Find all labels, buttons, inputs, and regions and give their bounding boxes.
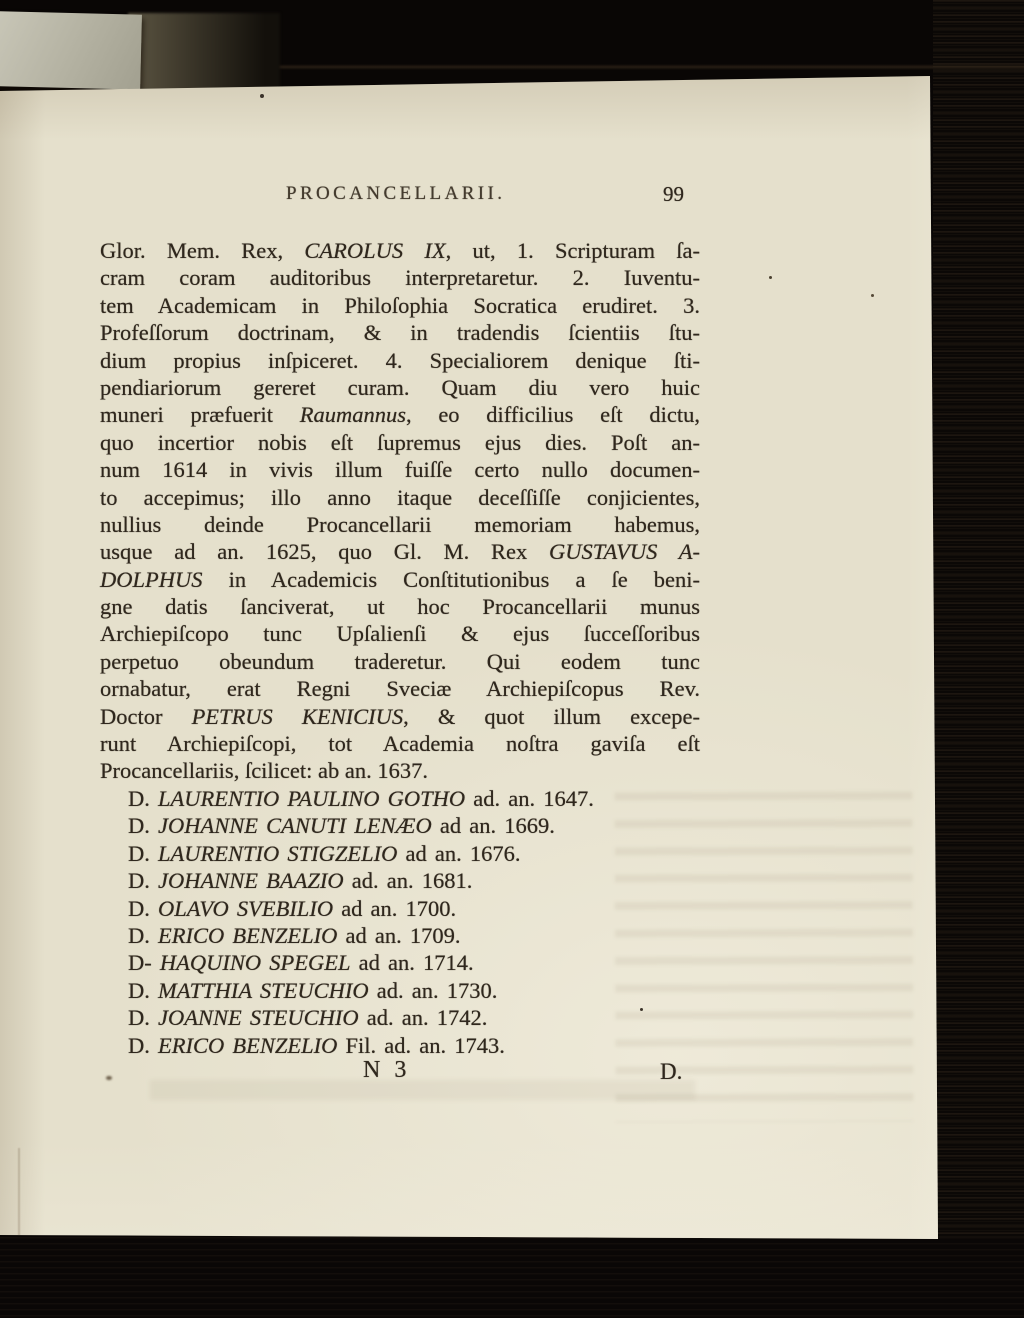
paragraph-line: quo incertior nobis eſt ſupremus ejus di… (100, 429, 700, 456)
body-text: ad an. 1709. (337, 923, 460, 948)
running-header: PROCANCELLARII. 99 (100, 180, 700, 212)
paragraph-line: pendiariorum gereret curam. Quam diu ver… (100, 374, 700, 401)
body-text: Glor. Mem. Rex, (100, 238, 304, 263)
body-text: tem Academicam in Philoſophia Socratica … (100, 293, 700, 318)
body-text: , ut, 1. Scripturam ſa- (446, 238, 700, 263)
paragraph-line: Procancellariis, ſcilicet: ab an. 1637. (100, 757, 700, 784)
bookmark-tab (0, 11, 142, 90)
name-list-line: D. OLAVO SVEBILIO ad an. 1700. (100, 895, 700, 922)
body-text: D. (128, 923, 158, 948)
body-text: in Academicis Conſtitutionibus a ſe beni… (203, 567, 700, 592)
body-text: D. (128, 868, 158, 893)
body-text: ad an. 1714. (350, 950, 473, 975)
paragraph-line: nullius deinde Procancellarii memoriam h… (100, 511, 700, 538)
body-text: D. (128, 896, 158, 921)
body-text: Doctor (100, 704, 192, 729)
name-list-line: D. ERICO BENZELIO ad an. 1709. (100, 922, 700, 949)
italic-proper-name: JOANNE STEUCHIO (158, 1005, 359, 1030)
running-header-title: PROCANCELLARII. (286, 183, 505, 205)
body-text: usque ad an. 1625, quo Gl. M. Rex (100, 539, 549, 564)
body-text: Procancellariis, ſcilicet: ab an. 1637. (100, 758, 428, 783)
body-text: D. (128, 813, 158, 838)
body-text: ad an. 1700. (333, 896, 456, 921)
body-text: ad an. 1676. (397, 841, 520, 866)
paragraph-line: Doctor PETRUS KENICIUS, & quot illum exc… (100, 703, 700, 730)
body-text: ad. an. 1730. (369, 978, 498, 1003)
book-page: PROCANCELLARII. 99 Glor. Mem. Rex, CAROL… (0, 0, 1024, 1318)
paragraph-line: runt Archiepiſcopi, tot Academia noſtra … (100, 730, 700, 757)
page-footer: N 3 D. (100, 1057, 700, 1091)
italic-proper-name: JOHANNE BAAZIO (158, 868, 344, 893)
name-list-line: D. JOHANNE CANUTI LENÆO ad an. 1669. (100, 812, 700, 839)
body-text: , eo difficilius eſt dictu, (406, 402, 700, 427)
italic-proper-name: MATTHIA STEUCHIO (158, 978, 369, 1003)
italic-proper-name: LAURENTIO STIGZELIO (158, 841, 397, 866)
name-list-line: D. LAURENTIO PAULINO GOTHO ad. an. 1647. (100, 785, 700, 812)
name-list-line: D. MATTHIA STEUCHIO ad. an. 1730. (100, 977, 700, 1004)
page-number: 99 (663, 182, 684, 207)
paragraph-line: to accepimus; illo anno itaque deceſſiſſ… (100, 484, 700, 511)
name-list-line: D. JOHANNE BAAZIO ad. an. 1681. (100, 867, 700, 894)
name-list-line: D. LAURENTIO STIGZELIO ad an. 1676. (100, 840, 700, 867)
name-list-line: D. ERICO BENZELIO Fil. ad. an. 1743. (100, 1032, 700, 1059)
body-text: D. (128, 1033, 158, 1058)
body-text: D. (128, 978, 158, 1003)
body-text: Archiepiſcopo tunc Upſalienſi & ejus ſuc… (100, 621, 700, 646)
body-text: ornabatur, erat Regni Sveciæ Archiepiſco… (100, 676, 700, 701)
paragraph-line: usque ad an. 1625, quo Gl. M. Rex GUSTAV… (100, 538, 700, 565)
italic-proper-name: OLAVO SVEBILIO (158, 896, 333, 921)
paper-speck (871, 294, 874, 297)
body-text: muneri præfuerit (100, 402, 300, 427)
body-text: gne datis ſanciverat, ut hoc Procancella… (100, 594, 700, 619)
body-text: ad an. 1669. (432, 813, 555, 838)
paragraph-line: perpetuo obeundum traderetur. Qui eodem … (100, 648, 700, 675)
italic-proper-name: ERICO BENZELIO (158, 923, 337, 948)
body-text: pendiariorum gereret curam. Quam diu ver… (100, 375, 700, 400)
paragraph-line: DOLPHUS in Academicis Conſtitutionibus a… (100, 566, 700, 593)
body-text: ad. an. 1742. (359, 1005, 488, 1030)
body-text: num 1614 in vivis illum fuiſſe certo nul… (100, 457, 700, 482)
italic-proper-name: PETRUS KENICIUS (192, 704, 404, 729)
paper-speck (260, 94, 264, 98)
paragraph-line: Glor. Mem. Rex, CAROLUS IX, ut, 1. Scrip… (100, 237, 700, 264)
body-text: D. (128, 786, 158, 811)
body-text: runt Archiepiſcopi, tot Academia noſtra … (100, 731, 700, 756)
signature-mark: N 3 (363, 1057, 410, 1084)
procancellarii-name-list: D. LAURENTIO PAULINO GOTHO ad. an. 1647.… (100, 785, 700, 1059)
paper-speck (769, 276, 772, 279)
paragraph-line: Profeſſorum doctrinam, & in tradendis ſc… (100, 319, 700, 346)
book-cover-bottom-edge (0, 1237, 1024, 1318)
body-text: D- (128, 950, 160, 975)
body-text: ad. an. 1647. (465, 786, 594, 811)
body-text: to accepimus; illo anno itaque deceſſiſſ… (100, 485, 700, 510)
paragraph-line: cram coram auditoribus interpretaretur. … (100, 264, 700, 291)
body-text: , & quot illum excepe- (403, 704, 700, 729)
paragraph-line: ornabatur, erat Regni Sveciæ Archiepiſco… (100, 675, 700, 702)
paragraph-line: dium propius inſpiceret. 4. Specialiorem… (100, 347, 700, 374)
name-list-line: D. JOANNE STEUCHIO ad. an. 1742. (100, 1004, 700, 1031)
name-list-line: D- HAQUINO SPEGEL ad an. 1714. (100, 949, 700, 976)
body-text: cram coram auditoribus interpretaretur. … (100, 265, 700, 290)
paragraph-line: gne datis ſanciverat, ut hoc Procancella… (100, 593, 700, 620)
book-scan-viewport: PROCANCELLARII. 99 Glor. Mem. Rex, CAROL… (0, 0, 1024, 1318)
italic-proper-name: JOHANNE CANUTI LENÆO (158, 813, 432, 838)
body-text: Profeſſorum doctrinam, & in tradendis ſc… (100, 320, 700, 345)
italic-proper-name: ERICO BENZELIO (158, 1033, 337, 1058)
book-cover-right-edge (933, 0, 1024, 1318)
italic-proper-name: HAQUINO SPEGEL (160, 950, 351, 975)
paragraph-line: Archiepiſcopo tunc Upſalienſi & ejus ſuc… (100, 620, 700, 647)
body-text: D. (128, 841, 158, 866)
italic-proper-name: Raumannus (300, 402, 406, 427)
italic-proper-name: CAROLUS IX (304, 238, 445, 263)
italic-proper-name: DOLPHUS (100, 567, 203, 592)
page-crease (18, 1148, 20, 1237)
body-text: nullius deinde Procancellarii memoriam h… (100, 512, 700, 537)
italic-proper-name: GUSTAVUS A- (549, 539, 700, 564)
paragraph-line: muneri præfuerit Raumannus, eo difficili… (100, 401, 700, 428)
body-paragraph: Glor. Mem. Rex, CAROLUS IX, ut, 1. Scrip… (100, 237, 700, 785)
italic-proper-name: LAURENTIO PAULINO GOTHO (158, 786, 465, 811)
paragraph-line: tem Academicam in Philoſophia Socratica … (100, 292, 700, 319)
bookmark-tab-shadow (128, 13, 280, 90)
body-text: quo incertior nobis eſt ſupremus ejus di… (100, 430, 700, 455)
body-text: Fil. ad. an. 1743. (337, 1033, 505, 1058)
body-text: ad. an. 1681. (344, 868, 473, 893)
body-text: perpetuo obeundum traderetur. Qui eodem … (100, 649, 700, 674)
catchword: D. (660, 1059, 682, 1085)
body-text: D. (128, 1005, 158, 1030)
paragraph-line: num 1614 in vivis illum fuiſſe certo nul… (100, 456, 700, 483)
body-text: dium propius inſpiceret. 4. Specialiorem… (100, 348, 700, 373)
